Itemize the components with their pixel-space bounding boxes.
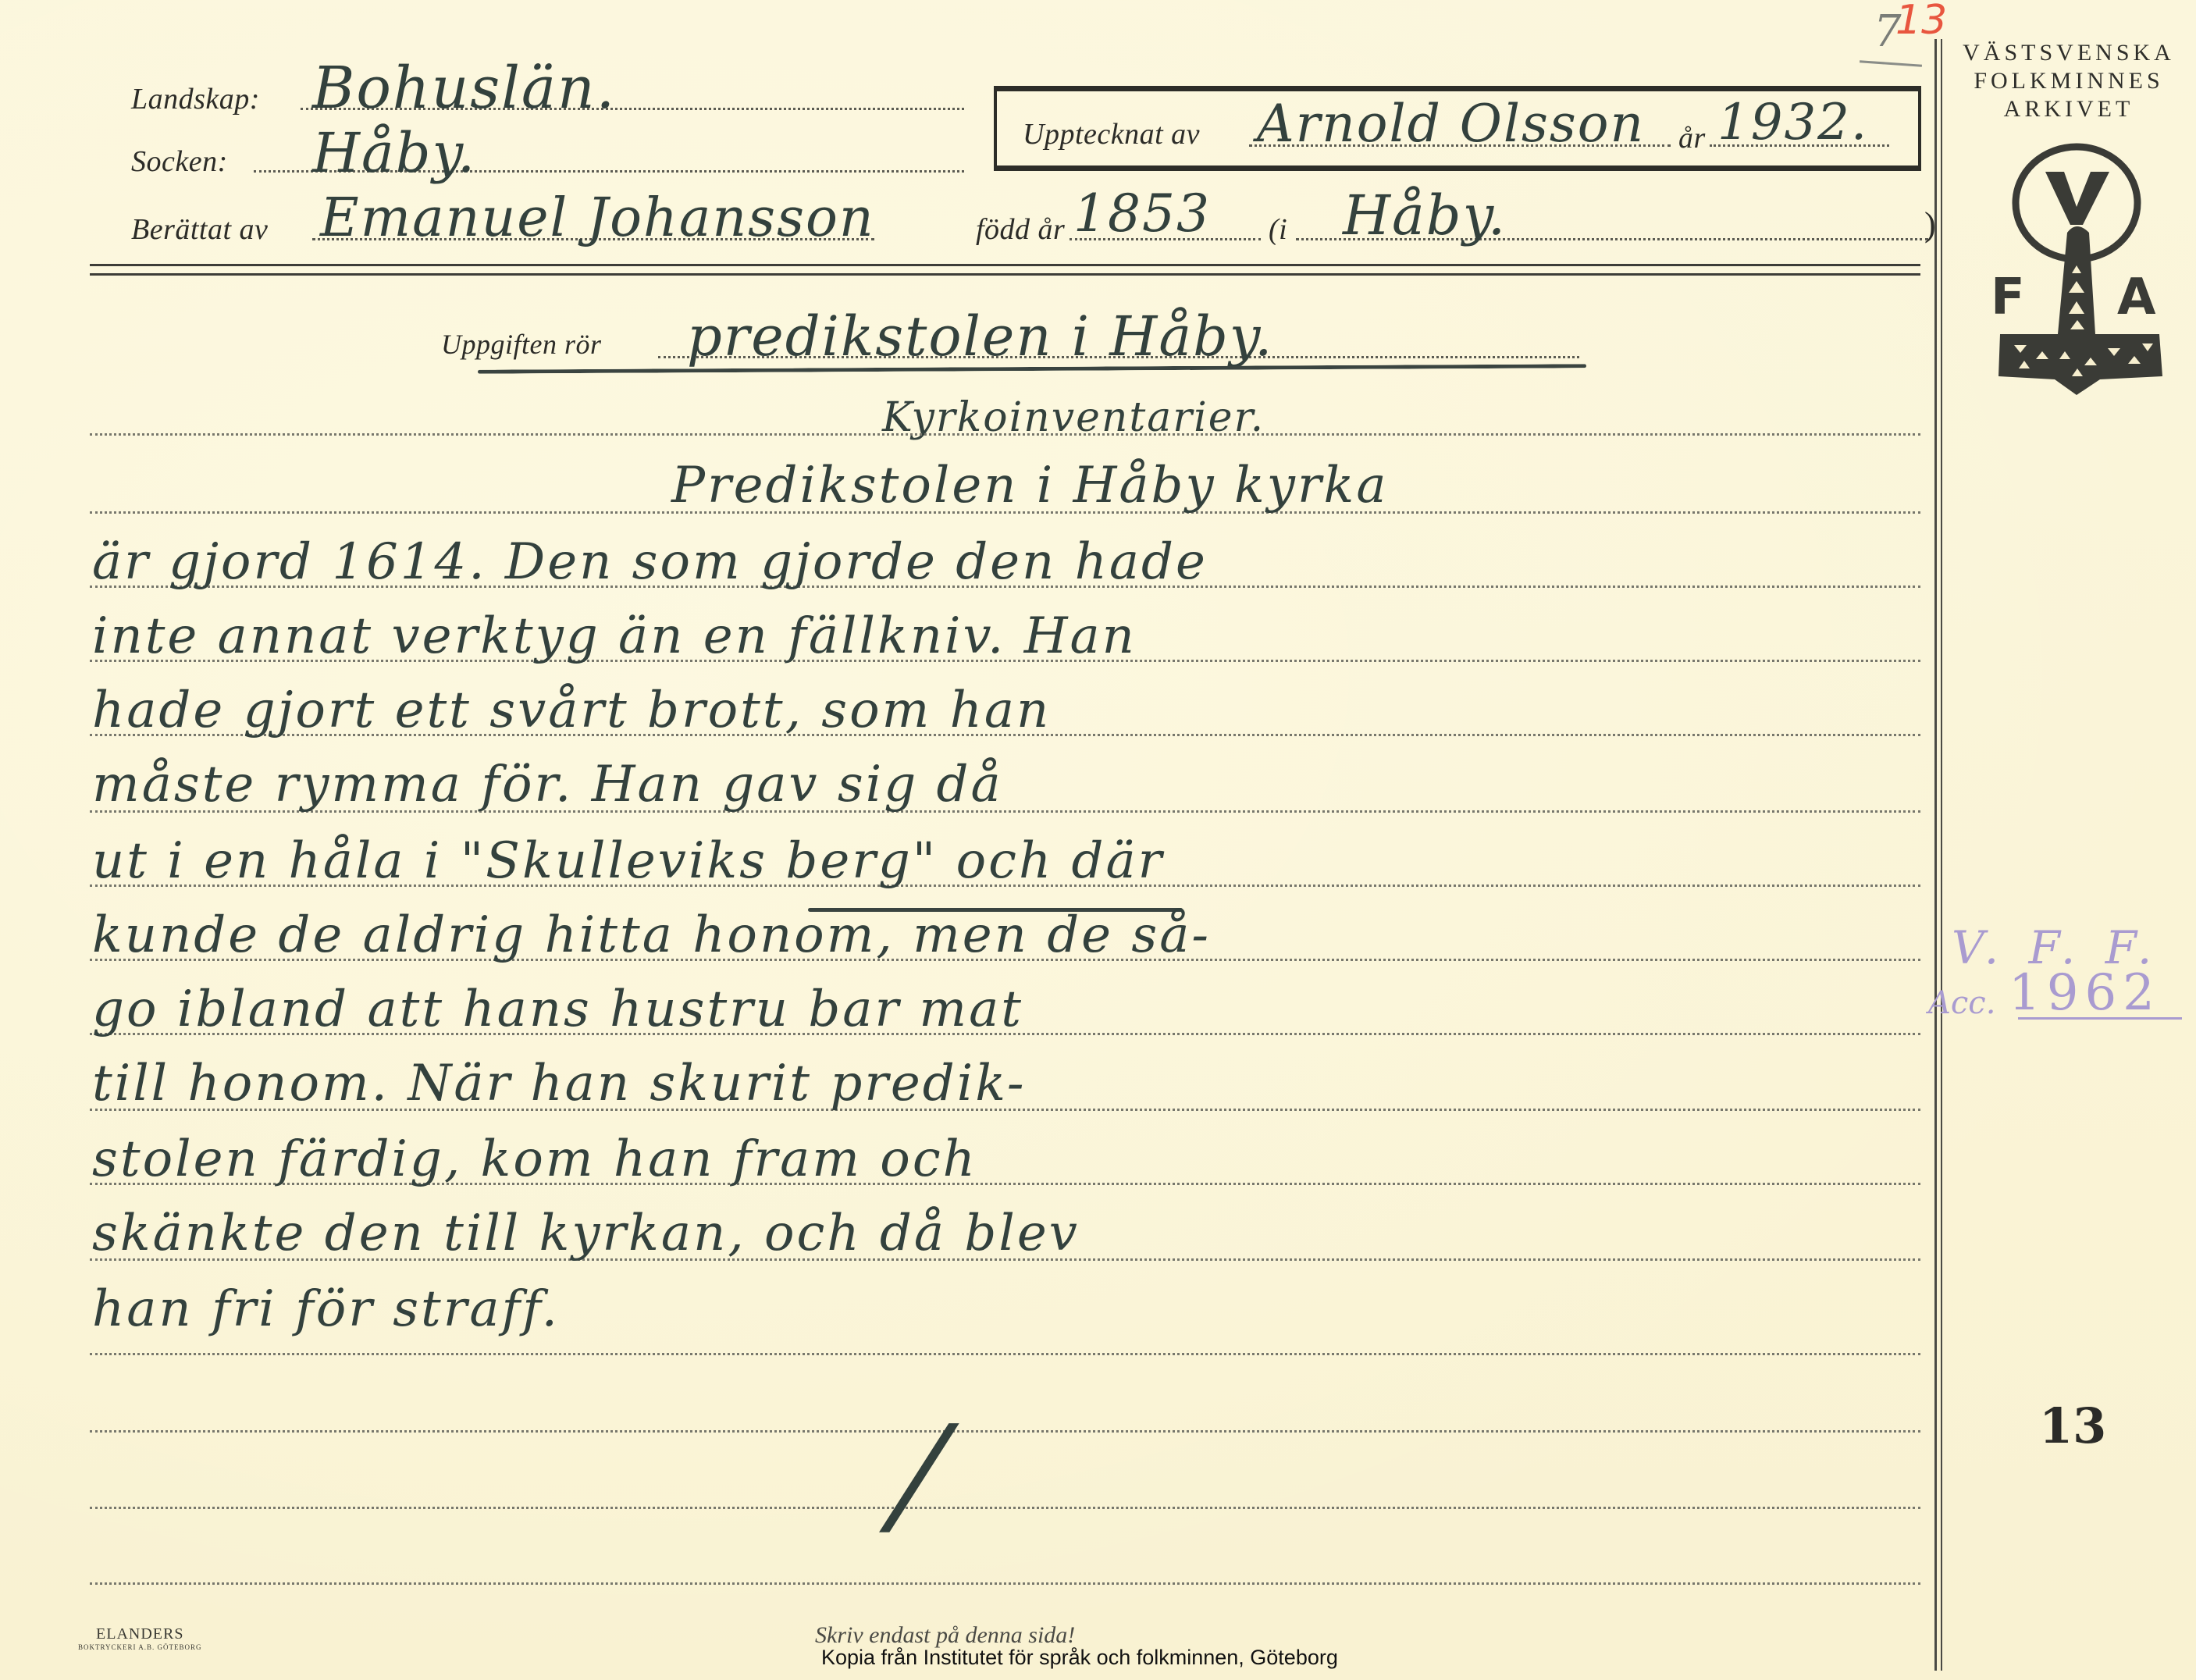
body-line-9: till honom. När han skurit predik- <box>92 1055 1027 1112</box>
acc-underline <box>2018 1017 2182 1020</box>
ar-label: år <box>1678 121 1706 155</box>
printer-name: ELANDERS <box>78 1625 202 1643</box>
fodd-value: 1853 <box>1073 183 1211 244</box>
archive-heading-line-3: ARKIVET <box>1952 95 2186 123</box>
body-line-1: Predikstolen i Håby kyrka <box>671 457 1388 514</box>
body-line-2: är gjord 1614. Den som gjorde den hade <box>92 533 1208 591</box>
body-line-8: go ibland att hans hustru bar mat <box>92 981 1023 1038</box>
uppgiften-value: predikstolen i Håby. <box>687 304 1273 368</box>
ruled-line-13 <box>90 1430 1920 1433</box>
upptecknat-value: Arnold Olsson <box>1257 94 1645 154</box>
body-line-4: hade gjort ett svårt brott, som han <box>92 682 1051 739</box>
ruled-line-14 <box>90 1507 1920 1509</box>
berattat-label: Berättat av <box>131 212 268 247</box>
body-line-3: inte annat verktyg än en fällkniv. Han <box>92 607 1137 665</box>
body-line-6: ut i en håla i "Skulleviks berg" och där <box>92 832 1164 890</box>
body-line-11: skänkte den till kyrkan, och då blev <box>92 1205 1080 1262</box>
logo-letter-a: A <box>2117 269 2156 326</box>
archive-heading-line-2: FOLKMINNES <box>1952 67 2186 95</box>
uppgiften-label: Uppgiften rör <box>441 328 602 361</box>
acc-label: Acc. <box>1928 985 1995 1021</box>
margin-line-right <box>1941 39 1942 1671</box>
acc-number: 1962 <box>2009 964 2161 1022</box>
fodd-i-label: (i <box>1269 212 1287 247</box>
body-line-7: kunde de aldrig hitta honom, men de så- <box>92 906 1211 964</box>
body-line-10: stolen färdig, kom han fram och <box>92 1130 977 1188</box>
socken-value: Håby. <box>312 121 476 185</box>
red-page-number: 13 <box>1895 0 1947 44</box>
body-line-12: han fri för straff. <box>92 1280 560 1338</box>
ar-value: 1932. <box>1717 94 1868 151</box>
archive-heading-line-1: VÄSTSVENSKA <box>1952 39 2186 67</box>
ruled-line-0 <box>90 433 1920 436</box>
landskap-label: Landskap: <box>131 82 260 116</box>
ruled-line-15 <box>90 1582 1920 1585</box>
thors-hammer-logo-icon: F A <box>1967 133 2186 476</box>
fodd-i-value: Håby. <box>1343 183 1507 247</box>
printer-subtitle: BOKTRYCKERI A.B. GÖTEBORG <box>78 1643 202 1651</box>
archive-logo: F A <box>1967 133 2186 476</box>
header-rule-bottom <box>90 273 1920 276</box>
logo-letter-f: F <box>1991 269 2025 326</box>
fodd-label: född år <box>976 212 1065 247</box>
upptecknat-label: Upptecknat av <box>1023 117 1200 151</box>
socken-label: Socken: <box>131 144 228 179</box>
berattat-value: Emanuel Johansson <box>320 187 875 249</box>
footer-note: Skriv endast på denna sida! <box>815 1622 1075 1649</box>
copy-notice: Kopia från Institutet för språk och folk… <box>821 1646 1338 1670</box>
archive-heading: VÄSTSVENSKA FOLKMINNES ARKIVET <box>1952 39 2186 123</box>
ruled-line-12 <box>90 1353 1920 1355</box>
body-line-5: måste rymma för. Han gav sig då <box>92 756 1003 813</box>
page-number: 13 <box>2039 1397 2106 1454</box>
margin-line-left <box>1934 39 1937 1671</box>
landskap-value: Bohuslän. <box>312 55 616 122</box>
printer-imprint: ELANDERS BOKTRYCKERI A.B. GÖTEBORG <box>78 1625 202 1651</box>
header-rule-top <box>90 264 1920 266</box>
